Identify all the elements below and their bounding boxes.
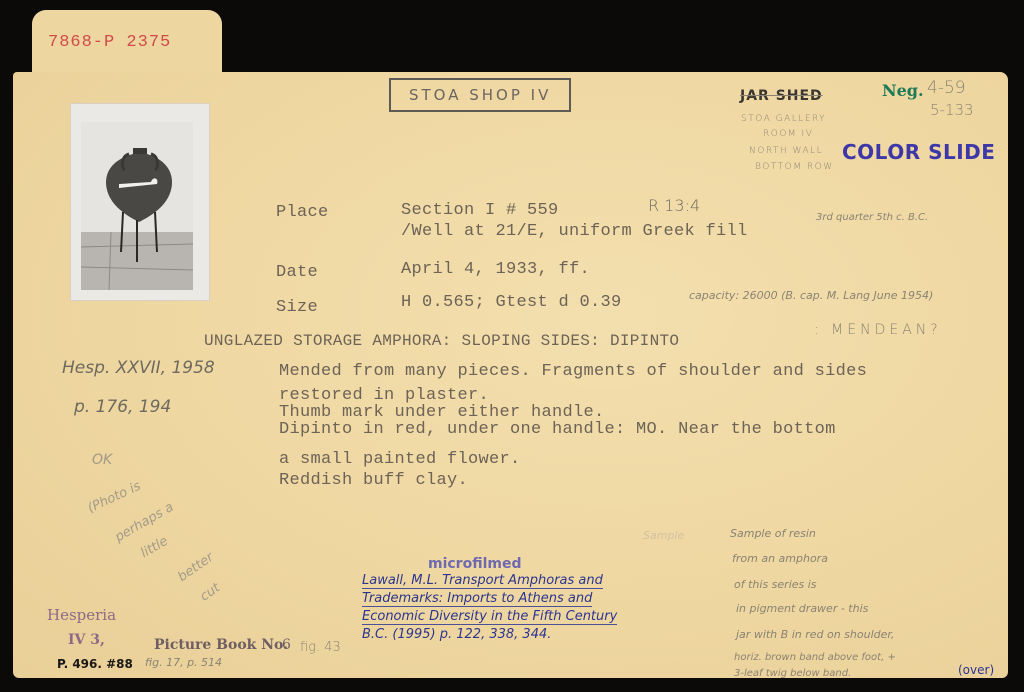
resin-note-line: from an amphora: [732, 552, 828, 565]
amphora-photo: [71, 104, 209, 300]
storage-line: ROOM IV: [763, 129, 813, 139]
location-stamp: STOA SHOP IV: [389, 78, 571, 112]
title-annotation: : MENDEAN?: [814, 322, 942, 338]
description-line: Dipinto in red, under one handle: MO. Ne…: [279, 420, 836, 439]
negative-number: 4-59: [927, 78, 966, 98]
microfilmed-stamp: microfilmed: [428, 556, 522, 572]
over-note: (over): [958, 663, 994, 677]
picture-book-label: Picture Book No.: [154, 637, 288, 653]
object-title: UNGLAZED STORAGE AMPHORA: SLOPING SIDES:…: [204, 332, 679, 350]
storage-heading: JAR SHED: [740, 88, 823, 104]
journal-stamp: Hesperia: [47, 606, 116, 624]
ok-mark: OK: [92, 452, 112, 468]
date-label: Date: [276, 263, 318, 282]
size-value: H 0.565; Gtest d 0.39: [401, 293, 622, 312]
bibliography-line: Lawall, M.L. Transport Amphoras and: [362, 573, 603, 589]
description-line: a small painted flower.: [279, 450, 521, 469]
journal-page-ref: P. 496. #88: [57, 657, 133, 671]
storage-line: NORTH WALL: [749, 146, 823, 156]
place-location: /Well at 21/E, uniform Greek fill: [401, 222, 748, 241]
hesperia-reference: Hesp. XXVII, 1958: [62, 358, 215, 378]
storage-line: BOTTOM ROW: [755, 162, 834, 172]
resin-note-line: horiz. brown band above foot, +: [734, 652, 896, 663]
bibliography-line: B.C. (1995) p. 122, 338, 344.: [362, 627, 551, 642]
description-line: Reddish buff clay.: [279, 471, 468, 490]
capacity-annotation: capacity: 26000 (B. cap. M. Lang June 19…: [689, 289, 933, 302]
resin-note-line: jar with B in red on shoulder,: [736, 628, 894, 641]
resin-note-line: 3-leaf twig below band.: [734, 668, 851, 679]
bibliography-line: Trademarks: Imports to Athens and: [362, 591, 592, 607]
amphora-image: [81, 122, 193, 290]
picture-book-number: 6: [282, 637, 291, 653]
picture-book-fig: fig. 43: [300, 640, 341, 655]
place-section: Section I # 559: [401, 201, 559, 220]
place-date-annotation: 3rd quarter 5th c. B.C.: [816, 212, 928, 223]
hesperia-pages: p. 176, 194: [74, 397, 171, 417]
catalog-number: 7868-P 2375: [48, 33, 171, 52]
description-line: Mended from many pieces. Fragments of sh…: [279, 362, 867, 381]
negative-number: 5-133: [930, 101, 974, 119]
resin-note-line: in pigment drawer - this: [736, 602, 868, 615]
bibliography-line: Economic Diversity in the Fifth Century: [362, 609, 617, 625]
resin-note-line: Sample of resin: [730, 527, 816, 540]
journal-volume: IV 3,: [68, 632, 105, 648]
place-label: Place: [276, 203, 329, 222]
faint-note: Sample: [643, 529, 684, 542]
resin-note-line: of this series is: [734, 578, 817, 591]
date-value: April 4, 1933, ff.: [401, 260, 590, 279]
journal-fig-ref: fig. 17, p. 514: [145, 656, 222, 669]
color-slide-stamp: COLOR SLIDE: [842, 140, 995, 164]
place-grid-annotation: R 13:4: [648, 196, 700, 215]
storage-line: STOA GALLERY: [741, 114, 826, 124]
negative-label: Neg.: [882, 81, 924, 100]
size-label: Size: [276, 298, 318, 317]
